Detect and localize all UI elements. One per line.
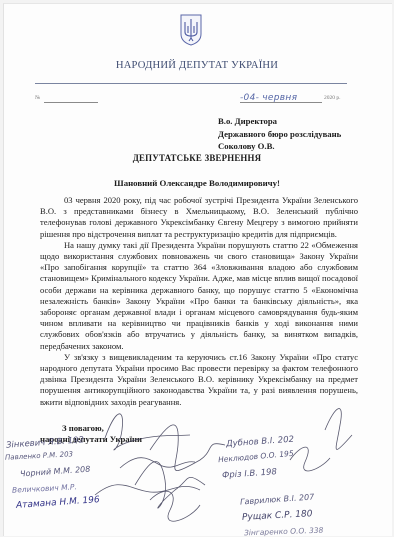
header-divider (35, 83, 347, 84)
signature-scribbles (0, 390, 394, 535)
trident-coat-of-arms-icon (180, 14, 202, 46)
date-year: 2020 р. (324, 95, 341, 101)
date-underline (240, 102, 322, 103)
addressee-line: Соколову О.В. (218, 140, 341, 153)
body-paragraph: На нашу думку такі дії Президента Україн… (40, 240, 358, 352)
signatory-handwritten-name: Зінгаренко О.О. 338 (244, 526, 324, 535)
document-number-field (44, 102, 98, 103)
addressee-line: В.о. Директора (218, 115, 341, 128)
organization-title: НАРОДНИЙ ДЕПУТАТ УКРАЇНИ (0, 60, 394, 71)
document-body: 03 червня 2020 року, під час робочої зус… (40, 195, 358, 408)
document-title: ДЕПУТАТСЬКЕ ЗВЕРНЕННЯ (0, 153, 394, 163)
salutation: Шановний Олександре Володимировичу! (0, 178, 394, 188)
document-number-label: № (35, 95, 40, 101)
addressee-block: В.о. Директора Державного бюро розслідув… (218, 115, 341, 153)
addressee-line: Державного бюро розслідувань (218, 128, 341, 141)
body-paragraph: 03 червня 2020 року, під час робочої зус… (40, 195, 358, 240)
